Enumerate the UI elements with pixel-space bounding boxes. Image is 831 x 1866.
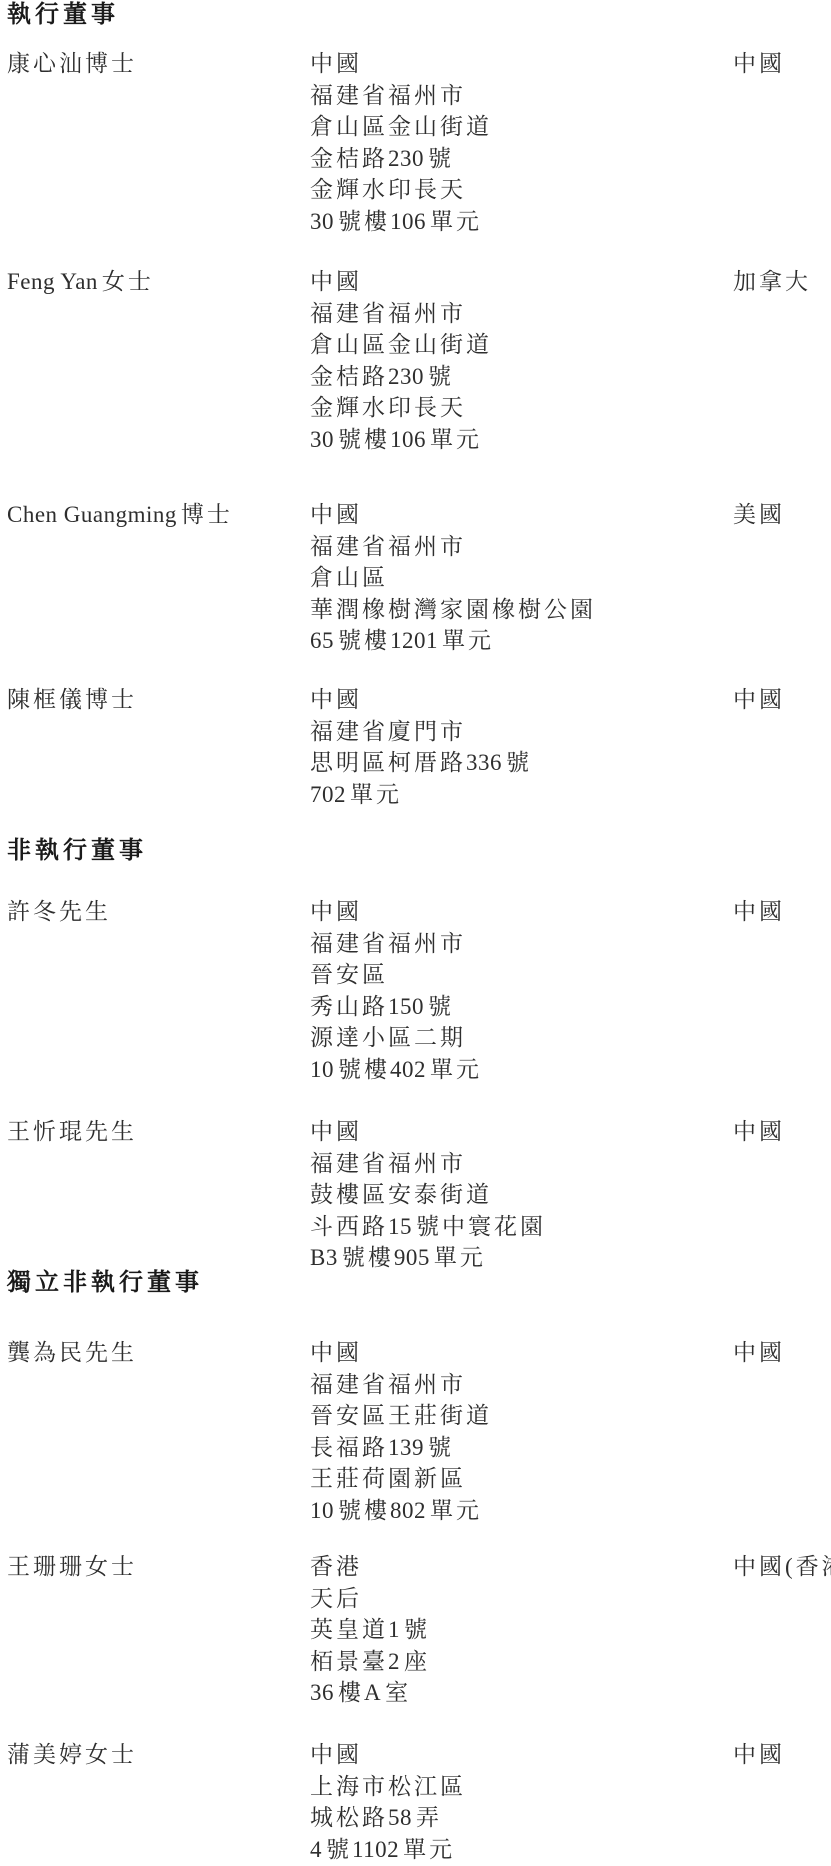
director-nationality: 中國 bbox=[733, 1739, 785, 1771]
director-address: 中國福建省福州市倉山區金山街道金桔路230號金輝水印長天30號樓106單元 bbox=[310, 266, 730, 455]
latin-run: 15 bbox=[388, 1214, 412, 1239]
address-line: B3號樓905單元 bbox=[310, 1242, 730, 1274]
address-line: 晉安區王莊街道 bbox=[310, 1400, 730, 1432]
address-line: 4號1102單元 bbox=[310, 1834, 730, 1866]
latin-run: 58 bbox=[388, 1805, 412, 1830]
latin-run: 230 bbox=[388, 364, 424, 389]
latin-run: 150 bbox=[388, 994, 424, 1019]
latin-run: 2 bbox=[388, 1649, 400, 1674]
address-line: 中國 bbox=[310, 48, 730, 80]
address-line: 中國 bbox=[310, 499, 730, 531]
address-line: 36樓A室 bbox=[310, 1677, 730, 1709]
latin-run: 4 bbox=[310, 1837, 322, 1862]
latin-run: 802 bbox=[390, 1498, 426, 1523]
director-nationality: 中國 bbox=[733, 1337, 785, 1369]
address-line: 上海市松江區 bbox=[310, 1771, 730, 1803]
address-line: 天后 bbox=[310, 1583, 730, 1615]
latin-run: 336 bbox=[466, 750, 502, 775]
latin-run: 10 bbox=[310, 1057, 334, 1082]
address-line: 中國 bbox=[310, 1739, 730, 1771]
director-name: 陳框儀博士 bbox=[7, 684, 137, 716]
director-address: 中國福建省福州市鼓樓區安泰街道斗西路15號中寰花園B3號樓905單元 bbox=[310, 1116, 730, 1274]
director-address: 中國福建省福州市倉山區金山街道金桔路230號金輝水印長天30號樓106單元 bbox=[310, 48, 730, 237]
director-name: Chen Guangming博士 bbox=[7, 499, 233, 531]
director-nationality: 中國 bbox=[733, 1116, 785, 1148]
director-nationality: 中國 bbox=[733, 896, 785, 928]
address-line: 秀山路150號 bbox=[310, 991, 730, 1023]
latin-run: B3 bbox=[310, 1245, 338, 1270]
director-address: 中國福建省福州市晉安區秀山路150號源達小區二期10號樓402單元 bbox=[310, 896, 730, 1085]
address-line: 福建省福州市 bbox=[310, 928, 730, 960]
latin-run: 106 bbox=[390, 427, 426, 452]
director-nationality: 美國 bbox=[733, 499, 785, 531]
address-line: 晉安區 bbox=[310, 959, 730, 991]
address-line: 65號樓1201單元 bbox=[310, 625, 730, 657]
latin-run: 10 bbox=[310, 1498, 334, 1523]
address-line: 福建省福州市 bbox=[310, 1369, 730, 1401]
address-line: 思明區柯厝路336號 bbox=[310, 747, 730, 779]
latin-run: 1 bbox=[388, 1617, 400, 1642]
director-nationality: 中國 bbox=[733, 48, 785, 80]
address-line: 金桔路230號 bbox=[310, 361, 730, 393]
director-name: 王忻琨先生 bbox=[7, 1116, 137, 1148]
address-line: 福建省福州市 bbox=[310, 531, 730, 563]
address-line: 金輝水印長天 bbox=[310, 174, 730, 206]
latin-run: 65 bbox=[310, 628, 334, 653]
address-line: 中國 bbox=[310, 1337, 730, 1369]
address-line: 王莊荷園新區 bbox=[310, 1463, 730, 1495]
address-line: 香港 bbox=[310, 1551, 730, 1583]
latin-run: 905 bbox=[394, 1245, 430, 1270]
director-nationality: 中國(香港) bbox=[733, 1551, 831, 1583]
address-line: 倉山區金山街道 bbox=[310, 111, 730, 143]
address-line: 金桔路230號 bbox=[310, 143, 730, 175]
address-line: 10號樓802單元 bbox=[310, 1495, 730, 1527]
section-title: 執行董事 bbox=[7, 0, 119, 30]
latin-run: 702 bbox=[310, 782, 346, 807]
section-title: 非執行董事 bbox=[7, 836, 147, 866]
address-line: 斗西路15號中寰花園 bbox=[310, 1211, 730, 1243]
director-nationality: 中國 bbox=[733, 684, 785, 716]
section-title: 獨立非執行董事 bbox=[7, 1268, 203, 1298]
director-name: 許冬先生 bbox=[7, 896, 111, 928]
director-address: 中國福建省廈門市思明區柯厝路336號702單元 bbox=[310, 684, 730, 810]
address-line: 長福路139號 bbox=[310, 1432, 730, 1464]
latin-run: 30 bbox=[310, 209, 334, 234]
latin-run: Chen Guangming bbox=[7, 502, 177, 527]
latin-run: A bbox=[364, 1680, 381, 1705]
address-line: 中國 bbox=[310, 1116, 730, 1148]
address-line: 倉山區 bbox=[310, 562, 730, 594]
address-line: 10號樓402單元 bbox=[310, 1054, 730, 1086]
address-line: 城松路58弄 bbox=[310, 1802, 730, 1834]
director-name: 王珊珊女士 bbox=[7, 1551, 137, 1583]
director-name: 蒲美婷女士 bbox=[7, 1739, 137, 1771]
address-line: 702單元 bbox=[310, 779, 730, 811]
address-line: 栢景臺2座 bbox=[310, 1646, 730, 1678]
address-line: 福建省福州市 bbox=[310, 1148, 730, 1180]
director-name: 康心汕博士 bbox=[7, 48, 137, 80]
latin-run: 106 bbox=[390, 209, 426, 234]
address-line: 中國 bbox=[310, 684, 730, 716]
address-line: 華潤橡樹灣家園橡樹公園 bbox=[310, 594, 730, 626]
address-line: 中國 bbox=[310, 266, 730, 298]
director-name: Feng Yan女士 bbox=[7, 266, 154, 298]
latin-run: 30 bbox=[310, 427, 334, 452]
director-address: 中國上海市松江區城松路58弄4號1102單元 bbox=[310, 1739, 730, 1865]
latin-run: 36 bbox=[310, 1680, 334, 1705]
director-address: 香港天后英皇道1號栢景臺2座36樓A室 bbox=[310, 1551, 730, 1709]
latin-run: 1102 bbox=[352, 1837, 399, 1862]
directors-page: 執行董事 康心汕博士 中國福建省福州市倉山區金山街道金桔路230號金輝水印長天3… bbox=[0, 0, 831, 1866]
address-line: 英皇道1號 bbox=[310, 1614, 730, 1646]
address-line: 鼓樓區安泰街道 bbox=[310, 1179, 730, 1211]
address-line: 福建省福州市 bbox=[310, 80, 730, 112]
director-name: 龔為民先生 bbox=[7, 1337, 137, 1369]
latin-run: 1201 bbox=[390, 628, 438, 653]
address-line: 福建省廈門市 bbox=[310, 716, 730, 748]
director-address: 中國福建省福州市晉安區王莊街道長福路139號王莊荷園新區10號樓802單元 bbox=[310, 1337, 730, 1526]
address-line: 福建省福州市 bbox=[310, 298, 730, 330]
address-line: 源達小區二期 bbox=[310, 1022, 730, 1054]
latin-run: Feng Yan bbox=[7, 269, 98, 294]
address-line: 中國 bbox=[310, 896, 730, 928]
address-line: 30號樓106單元 bbox=[310, 424, 730, 456]
latin-run: 402 bbox=[390, 1057, 426, 1082]
address-line: 30號樓106單元 bbox=[310, 206, 730, 238]
director-address: 中國福建省福州市倉山區華潤橡樹灣家園橡樹公園65號樓1201單元 bbox=[310, 499, 730, 657]
address-line: 倉山區金山街道 bbox=[310, 329, 730, 361]
latin-run: 139 bbox=[388, 1435, 424, 1460]
address-line: 金輝水印長天 bbox=[310, 392, 730, 424]
director-nationality: 加拿大 bbox=[733, 266, 811, 298]
latin-run: 230 bbox=[388, 146, 424, 171]
